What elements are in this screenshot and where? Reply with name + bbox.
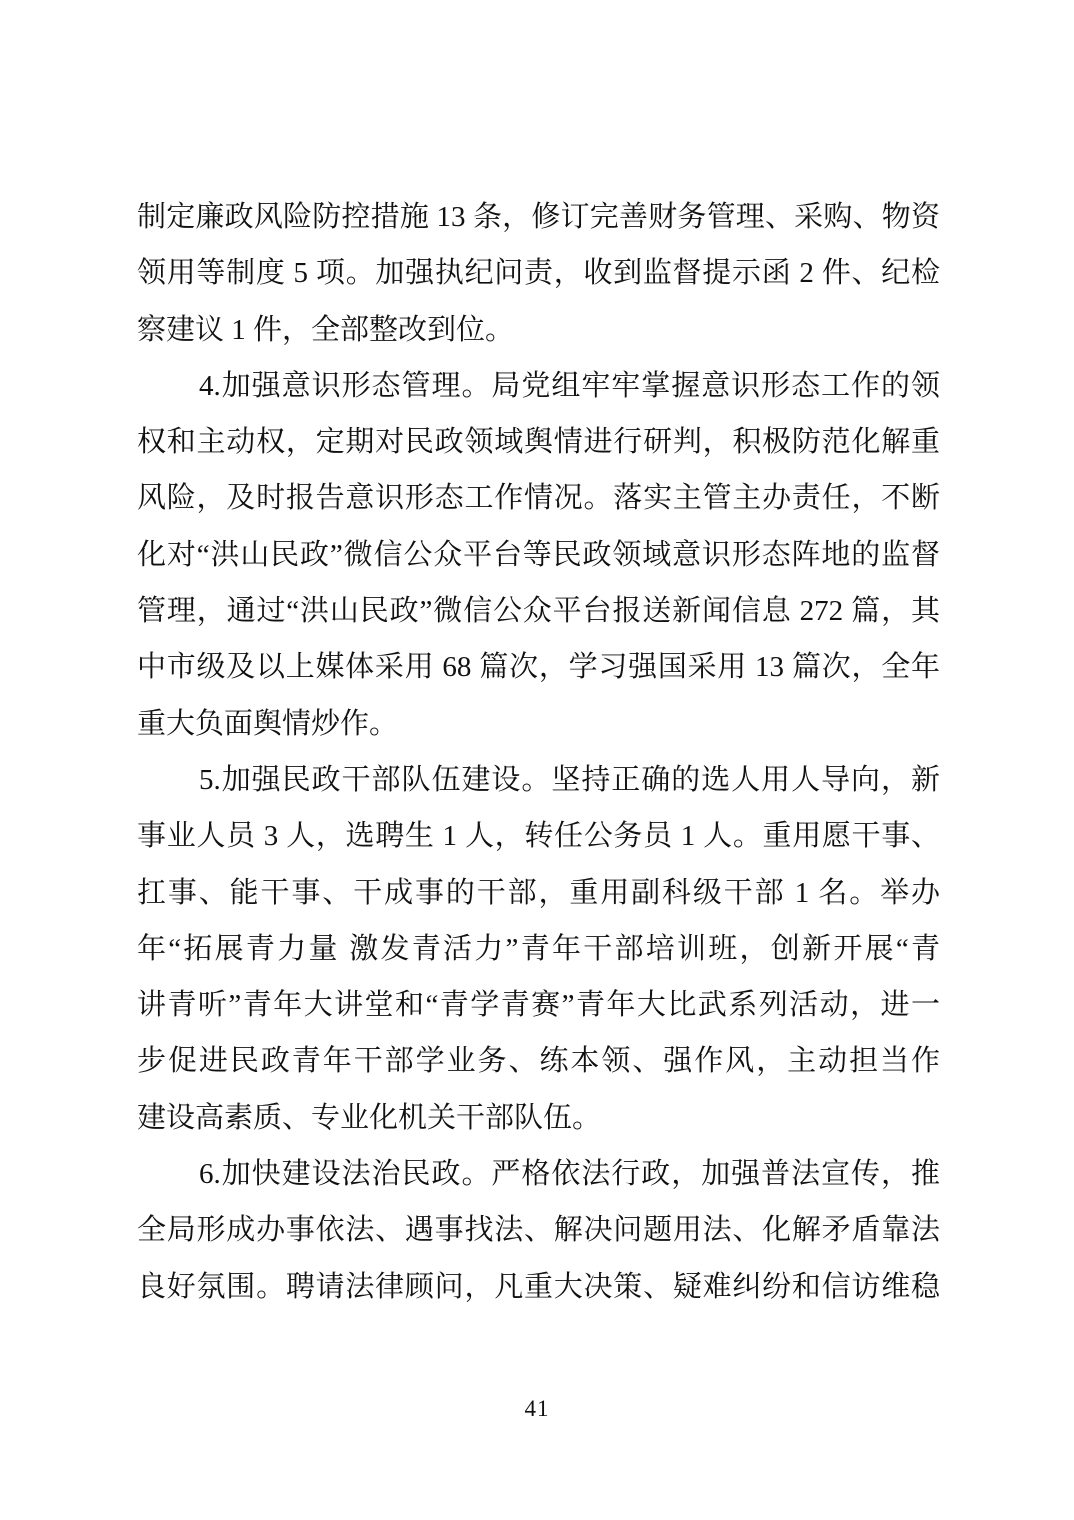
text-line: 扛事、能干事、干成事的干部，重用副科级干部 1 名。举办 2024 xyxy=(137,865,940,921)
text-line: 重大负面舆情炒作。 xyxy=(137,696,940,752)
paragraph-item-5: 5.加强民政干部队伍建设。坚持正确的选人用人导向，新招 事业人员 3 人，选聘生… xyxy=(137,752,940,1146)
text-line: 管理，通过“洪山民政”微信公众平台报送新闻信息 272 篇，其 xyxy=(137,583,940,639)
text-line: 领用等制度 5 项。加强执纪问责，收到监督提示函 2 件、纪检监 xyxy=(137,245,940,301)
page-footer: 41 xyxy=(0,1396,1074,1422)
text-line: 风险，及时报告意识形态工作情况。落实主管主办责任，不断强 xyxy=(137,470,940,526)
text-line: 察建议 1 件，全部整改到位。 xyxy=(137,302,940,358)
text-line: 4.加强意识形态管理。局党组牢牢掌握意识形态工作的领导 xyxy=(137,358,940,414)
text-line: 制定廉政风险防控措施 13 条，修订完善财务管理、采购、物资 xyxy=(137,189,940,245)
text-line: 权和主动权，定期对民政领域舆情进行研判，积极防范化解重大 xyxy=(137,414,940,470)
text-line: 讲青听”青年大讲堂和“青学青赛”青年大比武系列活动，进一 xyxy=(137,977,940,1033)
paragraph-item-6: 6.加快建设法治民政。严格依法行政，加强普法宣传，推动 全局形成办事依法、遇事找… xyxy=(137,1146,940,1315)
text-line: 6.加快建设法治民政。严格依法行政，加强普法宣传，推动 xyxy=(137,1146,940,1202)
text-line: 5.加强民政干部队伍建设。坚持正确的选人用人导向，新招 xyxy=(137,752,940,808)
paragraph-item-4: 4.加强意识形态管理。局党组牢牢掌握意识形态工作的领导 权和主动权，定期对民政领… xyxy=(137,358,940,752)
text-line: 年“拓展青力量 激发青活力”青年干部培训班，创新开展“青 xyxy=(137,921,940,977)
text-line: 建设高素质、专业化机关干部队伍。 xyxy=(137,1090,940,1146)
paragraph-continuation: 制定廉政风险防控措施 13 条，修订完善财务管理、采购、物资 领用等制度 5 项… xyxy=(137,189,940,358)
text-line: 良好氛围。聘请法律顾问，凡重大决策、疑难纠纷和信访维稳问 xyxy=(137,1259,940,1315)
text-line: 步促进民政青年干部学业务、练本领、强作风，主动担当作为， xyxy=(137,1033,940,1089)
page-number: 41 xyxy=(525,1396,550,1421)
text-line: 化对“洪山民政”微信公众平台等民政领域意识形态阵地的监督 xyxy=(137,527,940,583)
text-line: 全局形成办事依法、遇事找法、解决问题用法、化解矛盾靠法的 xyxy=(137,1202,940,1258)
document-body: 制定廉政风险防控措施 13 条，修订完善财务管理、采购、物资 领用等制度 5 项… xyxy=(137,189,940,1315)
text-line: 中市级及以上媒体采用 68 篇次，学习强国采用 13 篇次，全年无 xyxy=(137,639,940,695)
document-page: 制定廉政风险防控措施 13 条，修订完善财务管理、采购、物资 领用等制度 5 项… xyxy=(0,0,1074,1520)
text-line: 事业人员 3 人，选聘生 1 人，转任公务员 1 人。重用愿干事、敢 xyxy=(137,808,940,864)
